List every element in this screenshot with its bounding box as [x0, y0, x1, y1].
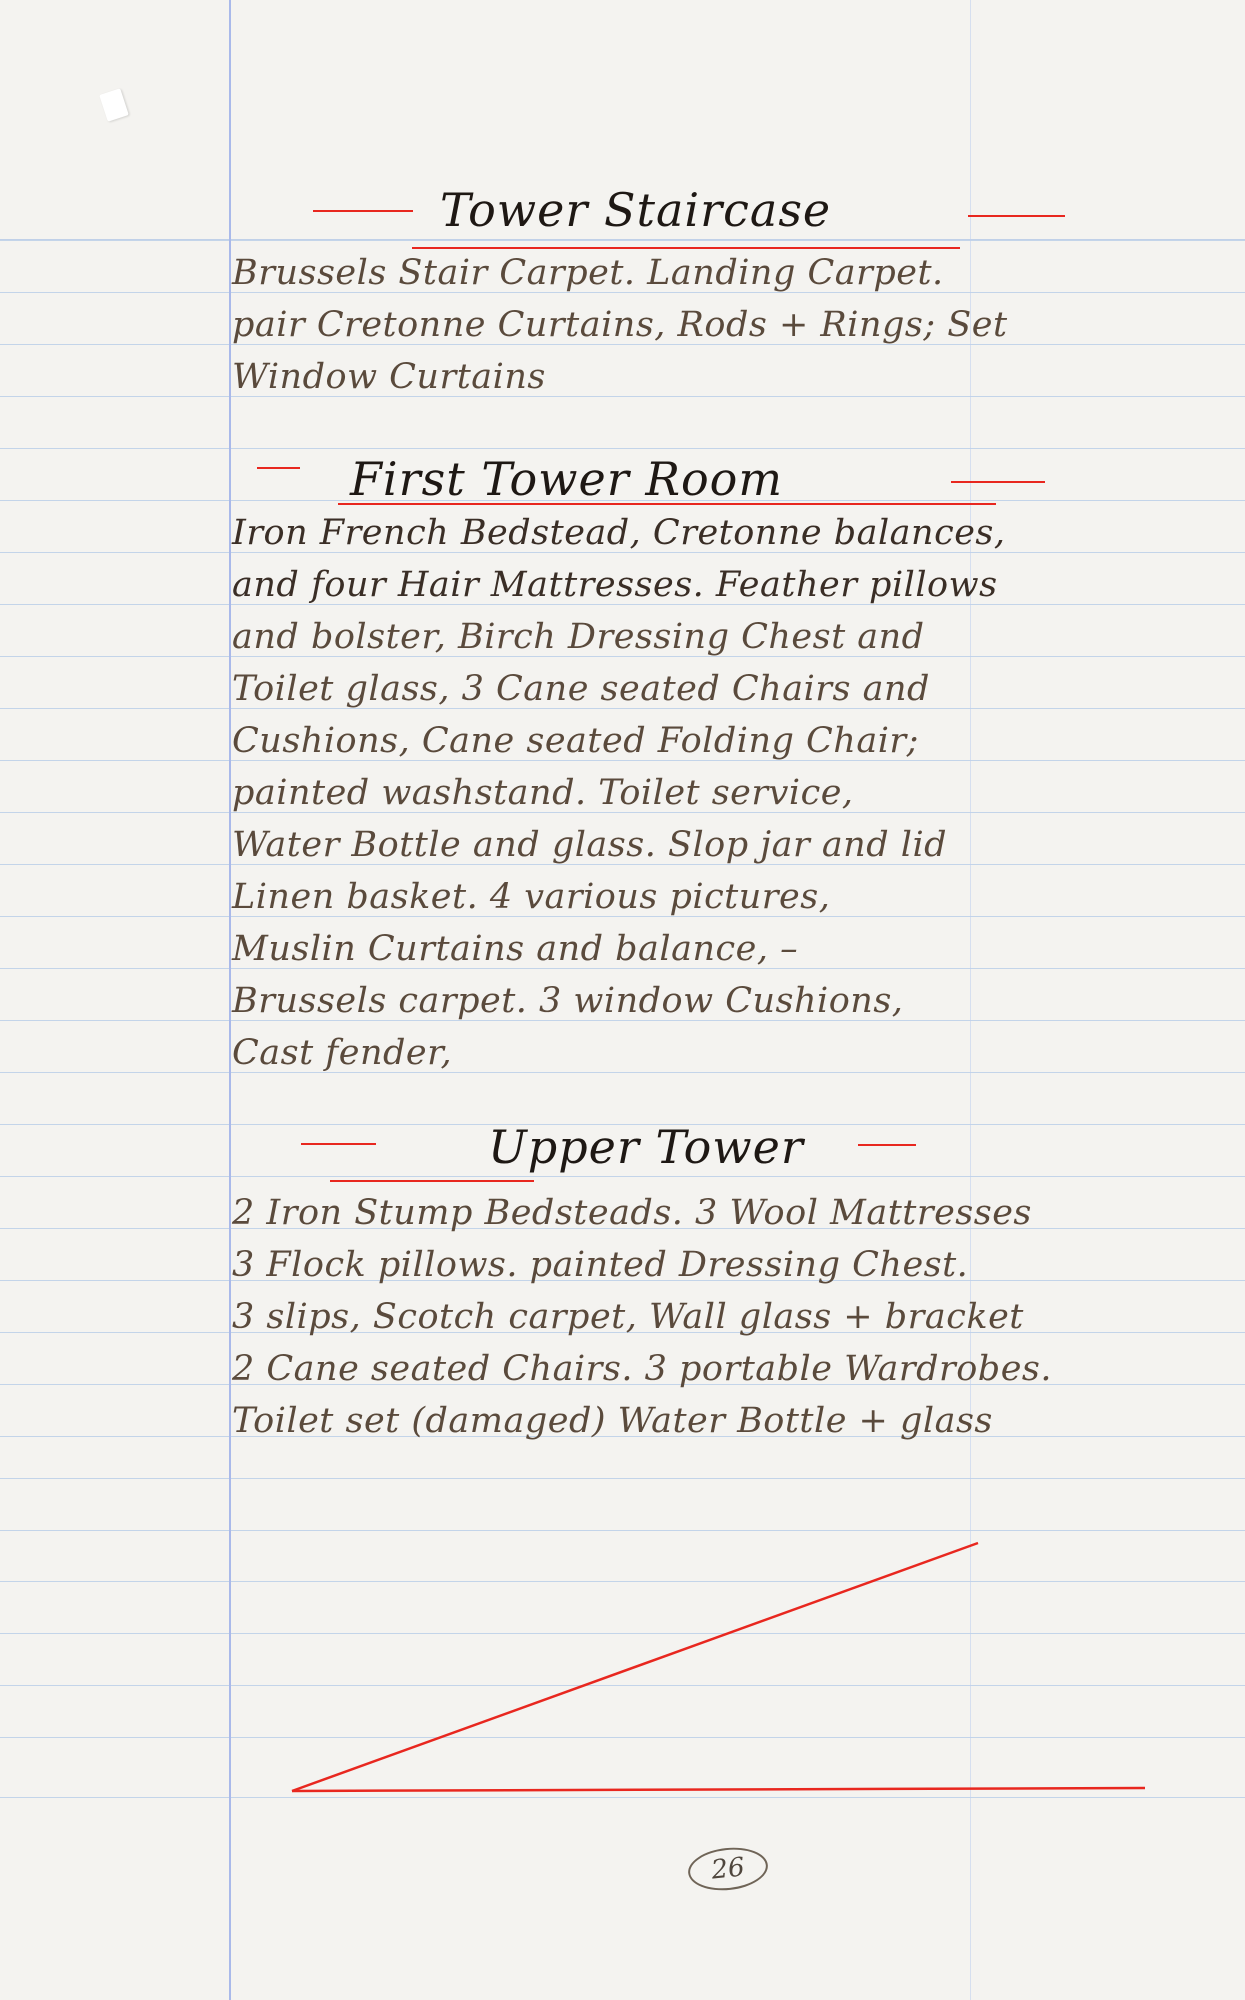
ledger-page: Tower Staircase Brussels Stair Carpet. L…: [0, 0, 1245, 2000]
closing-red-lines: [0, 0, 1245, 2000]
